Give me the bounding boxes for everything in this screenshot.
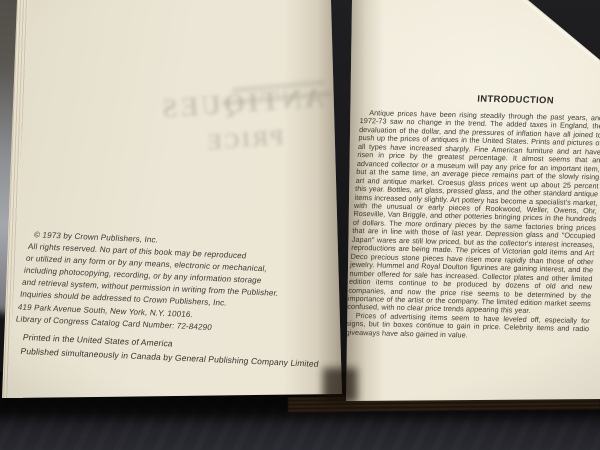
introduction-heading: INTRODUCTION: [361, 90, 600, 106]
introduction-paragraph-1: Antique prices have been rising steadily…: [347, 109, 600, 317]
gutter-shadow-left: [284, 0, 344, 400]
gutter-shadow-right: [344, 0, 384, 402]
gutter-bottom-shadow: [323, 368, 357, 402]
book-photo: ANTIQUES PRICE © 1973 by Crown Publisher…: [0, 0, 600, 450]
